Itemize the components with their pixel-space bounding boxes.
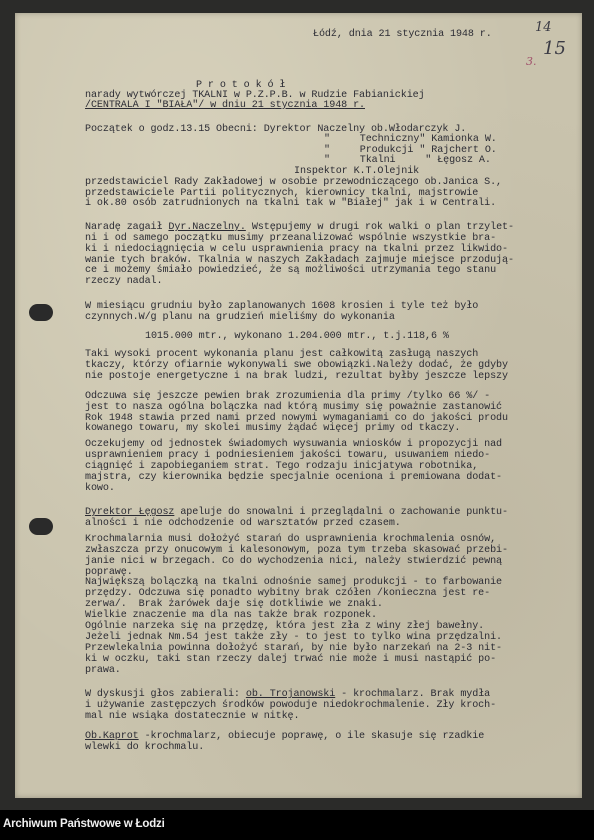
paragraph-line: kowanego towaru, my skolei musimy żądać … (85, 424, 460, 434)
attendance-director: " Tkalni " Łęgosz A. (324, 156, 491, 166)
paragraph-line: Jeżeli jednak Nm.54 jest także zły - to … (85, 633, 502, 643)
text: apeluje do snowalni i przeglądalni o zac… (174, 507, 508, 518)
paragraph-line: alności i nie odchodzenie od warsztatów … (85, 519, 401, 529)
handwritten-page-number: 15 (543, 38, 566, 59)
date-line: Łódź, dnia 21 stycznia 1948 r. (313, 30, 492, 40)
paragraph-line: zerwa/. Brak żarówek daje się dotkliwie … (85, 600, 383, 610)
paragraph-line: Krochmalarnia musi dołożyć starań do usp… (85, 535, 496, 545)
paragraph-line: Przewlekalnia powinna dołożyć starań, by… (85, 644, 502, 654)
paragraph-opening-line: ki i niedociągnięcia w celu usprawnienia… (85, 245, 508, 255)
paragraph-line: Ob.Kaprot -krochmalarz, obiecuje poprawę… (85, 732, 484, 742)
paragraph-line: ki w oczku, taki stan rzeczy dalej trwać… (85, 655, 496, 665)
paragraph-line: Taki wysoki procent wykonania planu jest… (85, 350, 478, 360)
paragraph-line: W dyskusji głos zabierali: ob. Trojanows… (85, 690, 490, 700)
subtitle-line-2: /CENTRALA I "BIAŁA"/ w dniu 21 stycznia … (85, 101, 365, 111)
paragraph-opening-line: ni i od samego początku musimy przeanali… (85, 234, 496, 244)
speaker-name: Ob.Kaprot (85, 731, 139, 742)
text: -krochmalarz, obiecuje poprawę, o ile sk… (139, 731, 485, 742)
paragraph-line: wlewki do krochmalu. (85, 743, 204, 753)
paragraph-line: zwłaszcza przy onucowym i kalesonowym, p… (85, 546, 508, 556)
paragraph-line: Odczuwa się jeszcze pewien brak zrozumie… (85, 392, 490, 402)
paragraph-line: mal nie wsiąka dostatecznie w nitkę. (85, 712, 299, 722)
paragraph-opening-line: Naradę zagaił Dyr.Naczelny. Wstępujemy w… (85, 223, 514, 233)
punch-hole-bottom (29, 518, 53, 535)
speaker-name: ob. Trojanowski (246, 689, 335, 700)
paragraph-line: jest to nasza ogólna bolączka nad którą … (85, 403, 502, 413)
paragraph-line: Wielkie znaczenie ma dla nas także brak … (85, 611, 377, 621)
paragraph-line: Największą bolączką na tkalni odnośnie s… (85, 578, 502, 588)
paragraph-opening-line: rzeczy nadal. (85, 277, 162, 287)
plan-figures: 1015.000 mtr., wykonano 1.204.000 mtr., … (145, 332, 449, 342)
text: Wstępujemy w drugi rok walki o plan trzy… (246, 222, 514, 233)
text: - krochmalarz. Brak mydła (335, 689, 490, 700)
text-lead: W dyskusji głos zabierali: (85, 689, 246, 700)
handwritten-red-mark: 3. (526, 55, 537, 68)
speaker-name: Dyrektor Łęgosz (85, 507, 174, 518)
punch-hole-top (29, 304, 53, 321)
paragraph-line: janie nici w brzegach. Co do wychodzenia… (85, 557, 502, 567)
paragraph-plan-line: W miesiącu grudniu było zaplanowanych 16… (85, 302, 478, 312)
paragraph-line: ciągnięć i zapobieganiem strat. Tego rod… (85, 462, 478, 472)
paragraph-line: Oczekujemy od jednostek świadomych wysuw… (85, 440, 502, 450)
paragraph-line: tkaczy, którzy ofiarnie wykonywali swe o… (85, 361, 508, 371)
handwritten-page-number-old: 14 (535, 20, 552, 35)
paragraph-line: nie postoje energetyczne i na brak ludzi… (85, 372, 508, 382)
text-lead: Naradę zagaił (85, 222, 168, 233)
paragraph-line: przędzy. Odczuwa się ponadto wybitny bra… (85, 589, 490, 599)
paragraph-line: majstra, czy kierownika będzie specjalni… (85, 473, 502, 483)
paragraph-line: i używanie zastępczych środków powoduje … (85, 701, 496, 711)
paragraph-line: kowo. (85, 484, 115, 494)
speaker-name: Dyr.Naczelny. (168, 222, 245, 233)
attendance-line: przedstawiciel Rady Zakładowej w osobie … (85, 178, 502, 188)
attendance-inspector: Inspektor K.T.Olejnik (294, 167, 419, 177)
paragraph-plan-line: czynnych.W/g planu na grudzień mieliśmy … (85, 313, 395, 323)
paragraph-line: Ogólnie narzeka się na przędzę, która je… (85, 622, 484, 632)
paragraph-line: usprawnieniem pracy i podniesieniem jako… (85, 451, 490, 461)
paragraph-line: Dyrektor Łęgosz apeluje do snowalni i pr… (85, 508, 508, 518)
attendance-line: i ok.80 osób zatrudnionych na tkalni tak… (85, 199, 496, 209)
paragraph-opening-line: ce i możemy śmiało powiedzieć, że są moż… (85, 266, 496, 276)
paragraph-line: prawa. (85, 666, 121, 676)
archive-footer: Archiwum Państwowe w Łodzi (3, 818, 165, 830)
attendance-director: " Techniczny" Kamionka W. (324, 135, 497, 145)
